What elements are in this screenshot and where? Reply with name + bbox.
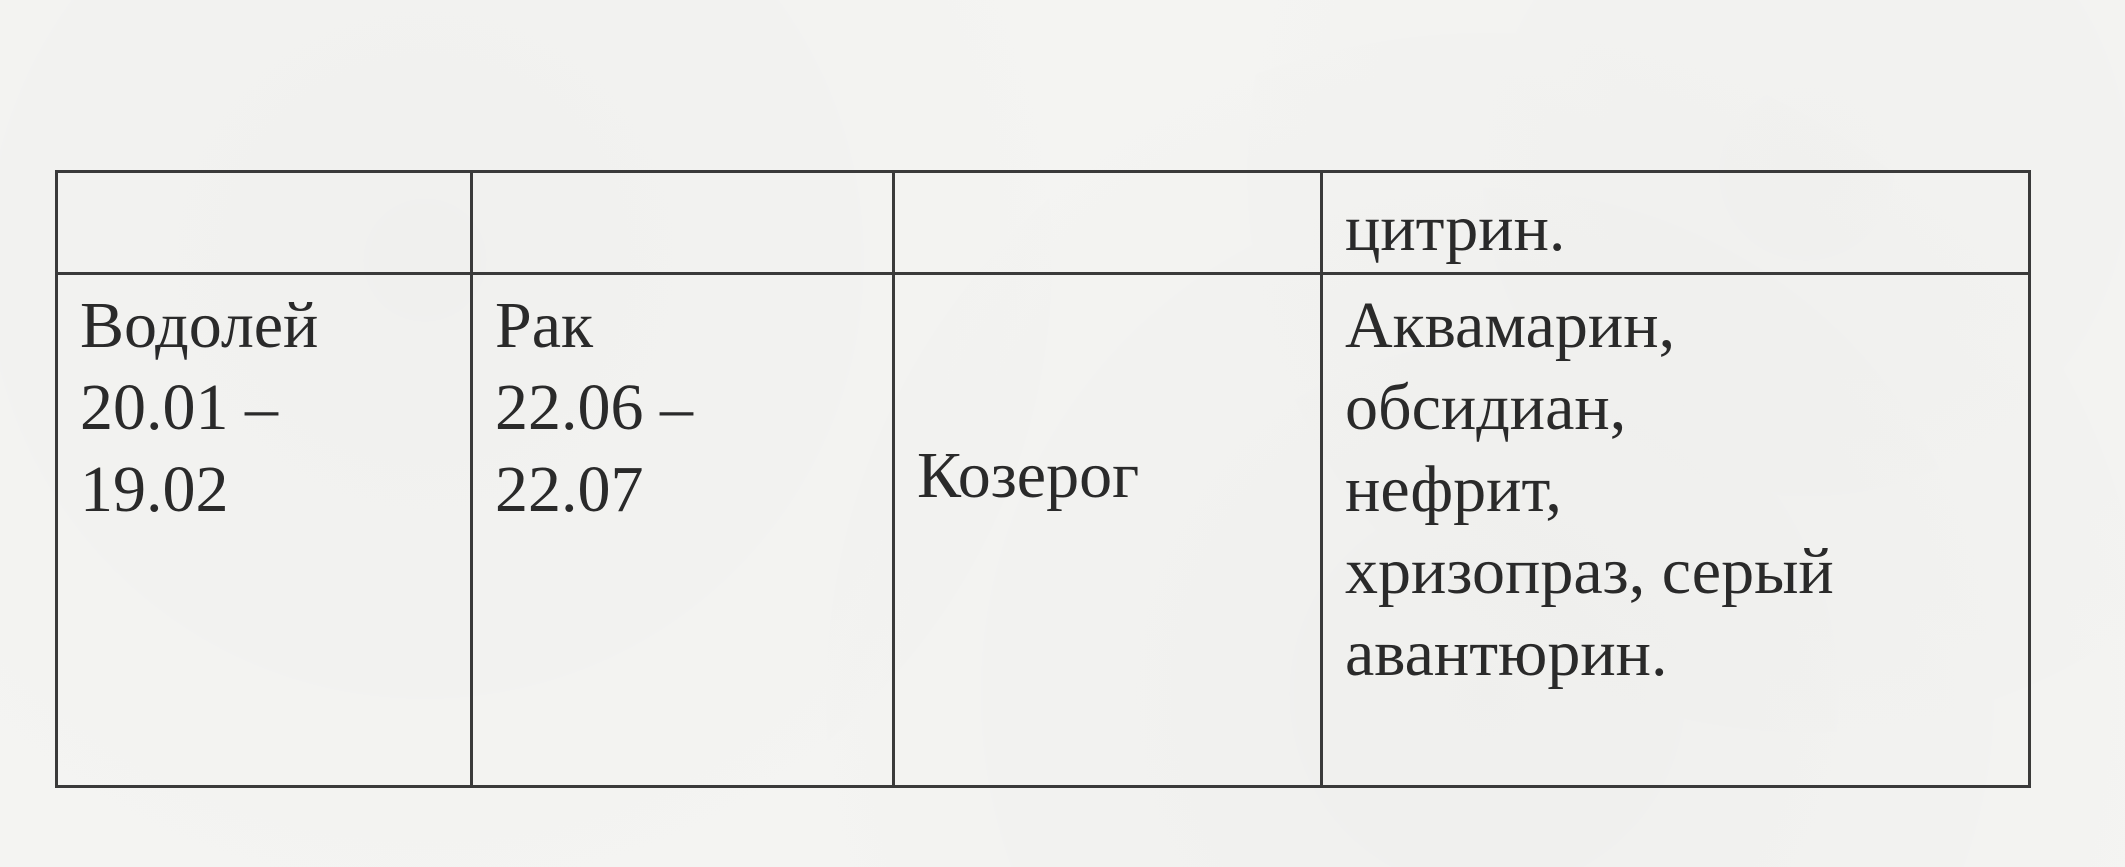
stone-item: хризопраз, серый (1345, 531, 2016, 613)
zodiac-stones-table: цитрин. Водолей 20.01 – 19.02 Рак 22.06 … (55, 170, 2031, 788)
stone-item: нефрит, (1345, 449, 2016, 531)
stone-item: авантюрин. (1345, 613, 2016, 695)
sign-name: Рак (495, 285, 880, 367)
table-cell (894, 172, 1322, 274)
sign-date-start: 22.06 – (495, 367, 880, 449)
sign-date-start: 20.01 – (80, 367, 458, 449)
stones-cell: Аквамарин, обсидиан, нефрит, хризопраз, … (1322, 274, 2030, 787)
sign-cell-aquarius: Водолей 20.01 – 19.02 (57, 274, 472, 787)
sign-name: Козерог (917, 435, 1308, 517)
stone-item: Аквамарин, (1345, 285, 2016, 367)
table-row: Водолей 20.01 – 19.02 Рак 22.06 – 22.07 … (57, 274, 2030, 787)
stone-item: обсидиан, (1345, 367, 2016, 449)
stones-cell-continued: цитрин. (1322, 172, 2030, 274)
sign-name: Водолей (80, 285, 458, 367)
sign-date-end: 22.07 (495, 449, 880, 531)
table-cell (472, 172, 894, 274)
table-cell (57, 172, 472, 274)
sign-cell-cancer: Рак 22.06 – 22.07 (472, 274, 894, 787)
sign-cell-capricorn: Козерог (894, 274, 1322, 787)
table-row: цитрин. (57, 172, 2030, 274)
sign-date-end: 19.02 (80, 449, 458, 531)
